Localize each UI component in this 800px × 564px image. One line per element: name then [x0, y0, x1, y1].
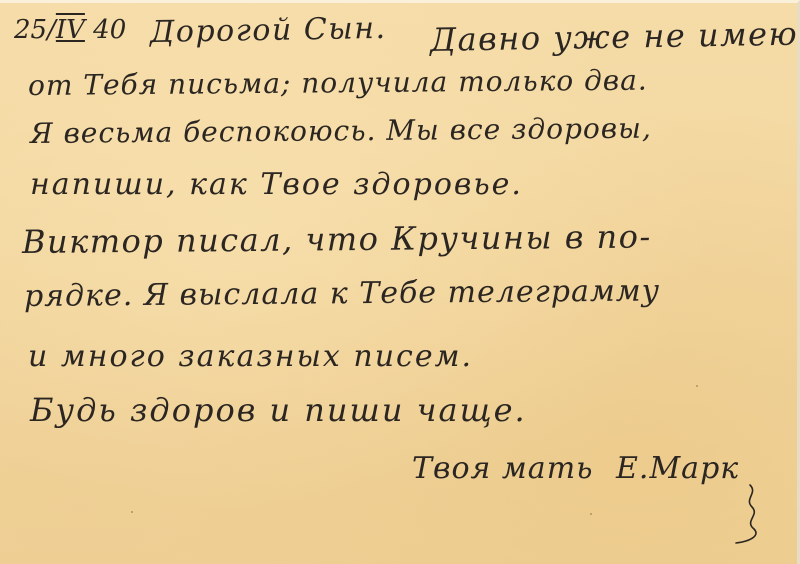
- letter-date: 25/IV 40: [14, 15, 126, 45]
- closing-text: Твоя мать: [412, 451, 593, 486]
- letter-line-4: напиши, как Твое здоровье.: [30, 167, 523, 202]
- greeting: Дорогой Сын.: [150, 11, 387, 50]
- letter-line-5: Виктор писал, что Кручины в по-: [22, 218, 652, 261]
- date-day: 25: [14, 15, 47, 45]
- paper-speck: [696, 385, 698, 387]
- signature-flourish-icon: [730, 483, 770, 553]
- date-year: 40: [93, 15, 126, 45]
- paper-speck: [590, 513, 592, 515]
- closing: Твоя мать Е.Марк: [412, 451, 739, 486]
- letter-line-8: Будь здоров и пиши чаще.: [30, 391, 527, 429]
- paper-speck: [131, 511, 133, 513]
- signature-name: Е.Марк: [616, 451, 739, 486]
- letter-paper: 25/IV 40 Дорогой Сын. Давно уже не имею …: [0, 0, 800, 564]
- letter-line-1: Давно уже не имею: [430, 15, 799, 59]
- letter-line-2: от Тебя письма; получила только два.: [28, 64, 648, 102]
- date-month: IV: [56, 15, 85, 45]
- letter-line-3: Я весьма беспокоюсь. Мы все здоровы,: [30, 112, 652, 150]
- letter-line-6: рядке. Я выслала к Тебе телеграмму: [24, 273, 660, 314]
- letter-line-7: и много заказных писем.: [28, 339, 473, 374]
